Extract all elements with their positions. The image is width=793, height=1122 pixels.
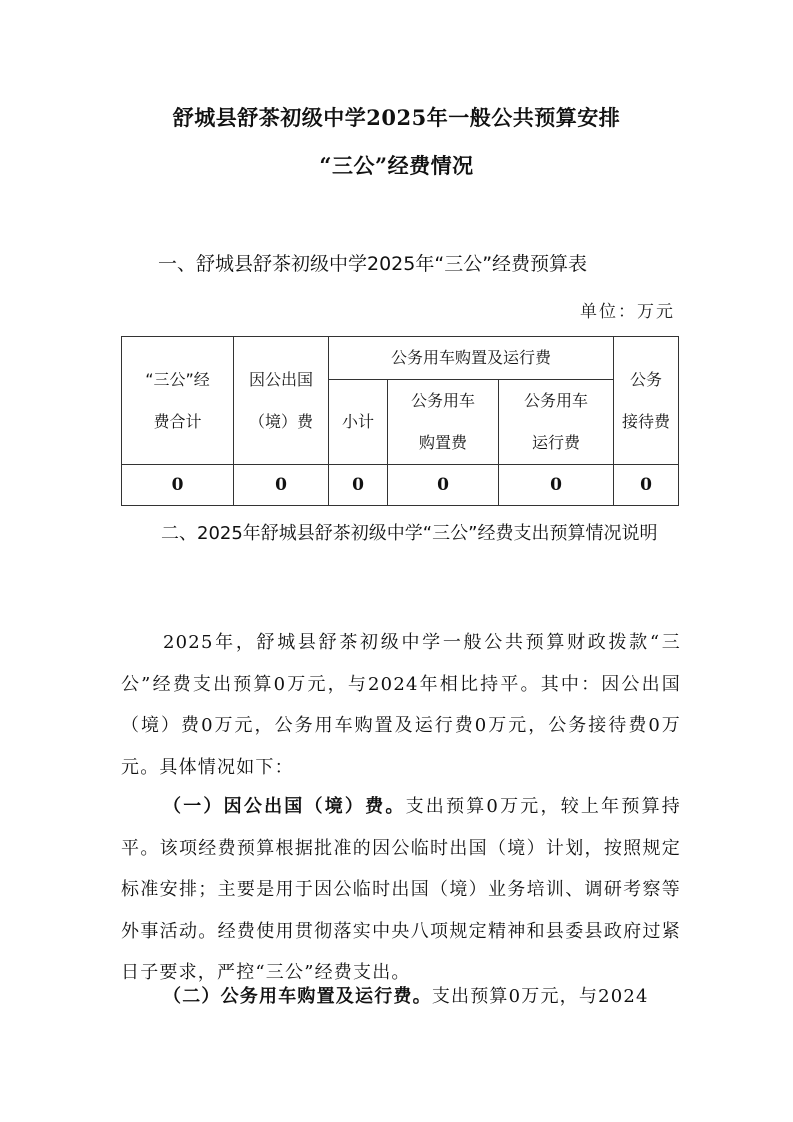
header-vehicle-subtotal: 小计 — [329, 380, 388, 465]
header-vehicle-purchase: 公务用车 购置费 — [388, 380, 499, 465]
document-title-line2: “三公”经费情况 — [0, 152, 793, 180]
document-title-line1: 舒城县舒茶初级中学2025年一般公共预算安排 — [0, 104, 793, 132]
cell-total: 0 — [122, 465, 234, 506]
section2-heading: 二、2025年舒城县舒茶初级中学“三公”经费支出预算情况说明 — [121, 512, 681, 556]
unit-label: 单位：万元 — [580, 300, 675, 324]
document-page: 舒城县舒茶初级中学2025年一般公共预算安排 “三公”经费情况 一、舒城县舒茶初… — [0, 0, 793, 1122]
item2-text: 支出预算0万元，与2024 — [432, 986, 649, 1007]
header-vehicle-operation: 公务用车 运行费 — [499, 380, 614, 465]
item1-label: （一）因公出国（境）费。 — [163, 796, 406, 817]
table-header-row: “三公”经 费合计 因公出国 （境）费 公务用车购置及运行费 公务 接待费 — [122, 337, 679, 380]
item2-label: （二）公务用车购置及运行费。 — [163, 986, 432, 1007]
paragraph-summary: 2025年，舒城县舒茶初级中学一般公共预算财政拨款“三公”经费支出预算0万元，与… — [121, 622, 681, 788]
header-reception: 公务 接待费 — [614, 337, 679, 465]
item1-text: 支出预算0万元，较上年预算持平。该项经费预算根据批准的因公临时出国（境）计划，按… — [121, 796, 681, 983]
cell-vehicle-purchase: 0 — [388, 465, 499, 506]
cell-abroad: 0 — [234, 465, 329, 506]
section1-heading: 一、舒城县舒茶初级中学2025年“三公”经费预算表 — [158, 251, 587, 277]
header-abroad: 因公出国 （境）费 — [234, 337, 329, 465]
header-vehicle-group: 公务用车购置及运行费 — [329, 337, 614, 380]
table-row: 0 0 0 0 0 0 — [122, 465, 679, 506]
cell-vehicle-operation: 0 — [499, 465, 614, 506]
paragraph-vehicle: （二）公务用车购置及运行费。支出预算0万元，与2024 — [121, 976, 681, 1018]
header-total: “三公”经 费合计 — [122, 337, 234, 465]
cell-vehicle-subtotal: 0 — [329, 465, 388, 506]
cell-reception: 0 — [614, 465, 679, 506]
budget-table: “三公”经 费合计 因公出国 （境）费 公务用车购置及运行费 公务 接待费 小计… — [121, 336, 679, 506]
paragraph-abroad: （一）因公出国（境）费。支出预算0万元，较上年预算持平。该项经费预算根据批准的因… — [121, 786, 681, 994]
